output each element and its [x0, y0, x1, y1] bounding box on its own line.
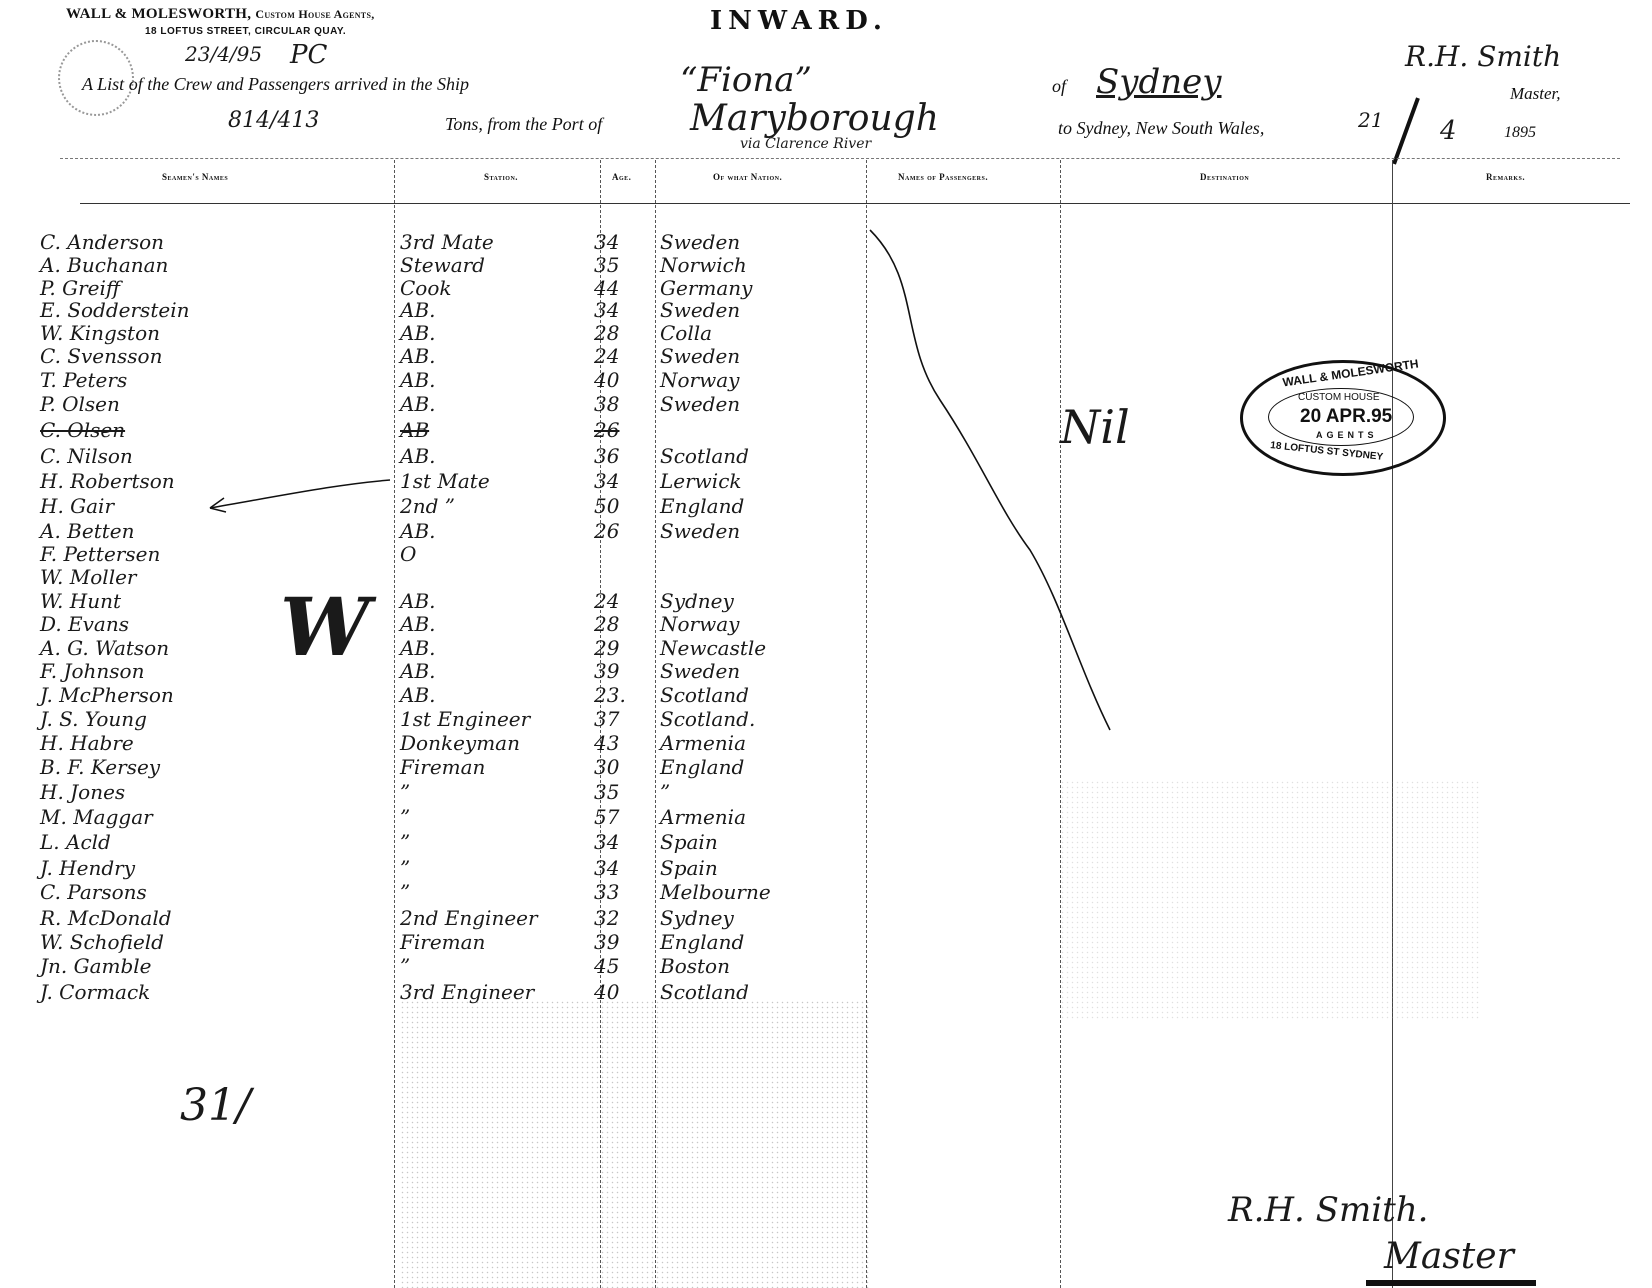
- crew-nation: Spain: [660, 856, 718, 880]
- crew-station: AB.: [400, 659, 436, 683]
- col-seamen-names: Seamen's Names: [162, 172, 228, 182]
- crew-nation: Spain: [660, 830, 718, 854]
- crew-nation: Sweden: [660, 519, 740, 543]
- agent-name-text: WALL & MOLESWORTH,: [66, 6, 251, 22]
- crew-name: F. Johnson: [40, 659, 144, 683]
- col-passengers: Names of Passengers.: [898, 172, 988, 182]
- crew-station: AB.: [400, 392, 436, 416]
- col-station: Station.: [484, 172, 518, 182]
- crew-row: A. BettenAB.26Sweden: [0, 519, 1652, 541]
- form-title: INWARD.: [710, 6, 888, 36]
- crew-station: AB.: [400, 298, 436, 322]
- agent-name: WALL & MOLESWORTH, Custom House Agents,: [66, 6, 375, 23]
- crew-row: W. HuntAB.24Sydney: [0, 589, 1652, 611]
- crew-name: F. Pettersen: [40, 542, 160, 566]
- ship-home-port: Sydney: [1096, 62, 1222, 102]
- crew-station: Fireman: [400, 755, 485, 779]
- crew-nation: Sydney: [660, 906, 734, 930]
- crew-station: AB.: [400, 636, 436, 660]
- crew-age: 30: [594, 755, 619, 779]
- handwritten-date: 23/4/95: [185, 42, 262, 66]
- master-signature: R.H. Smith.: [1228, 1190, 1428, 1230]
- crew-nation: Boston: [660, 954, 730, 978]
- crew-name: W. Schofield: [40, 930, 164, 954]
- crew-station: ”: [400, 780, 410, 804]
- crew-row: P. GreiffCook44Germany: [0, 276, 1652, 298]
- crew-age: 34: [594, 230, 619, 254]
- crew-age: 40: [594, 368, 619, 392]
- crew-row: J. S. Young1st Engineer37Scotland.: [0, 707, 1652, 729]
- crew-row: H. Jones”35”: [0, 780, 1652, 802]
- date-slash: [1392, 97, 1420, 164]
- crew-nation: Sweden: [660, 298, 740, 322]
- crew-age: 45: [594, 954, 619, 978]
- crew-age: 23.: [594, 683, 626, 707]
- crew-nation: England: [660, 494, 744, 518]
- crew-age: 50: [594, 494, 619, 518]
- crew-age: 26: [594, 519, 619, 543]
- arrow-icon: [200, 476, 400, 516]
- crew-name: J. Cormack: [40, 980, 150, 1004]
- crew-station: 1st Engineer: [400, 707, 530, 731]
- crew-station: AB.: [400, 368, 436, 392]
- crew-nation: Scotland.: [660, 707, 755, 731]
- crew-station: AB: [400, 418, 429, 442]
- arrival-year: 1895: [1504, 124, 1536, 142]
- crew-age: 24: [594, 589, 619, 613]
- master-label: Master,: [1510, 84, 1561, 104]
- signature-underline: [1366, 1280, 1536, 1286]
- stamp-inner-top: CUSTOM HOUSE: [1298, 392, 1380, 403]
- crew-nation: Scotland: [660, 444, 749, 468]
- crew-station: O: [400, 542, 416, 566]
- agent-address: 18 LOFTUS STREET, CIRCULAR QUAY.: [145, 26, 346, 37]
- margin-mark: 31/: [180, 1080, 251, 1131]
- crew-row: R. McDonald2nd Engineer32Sydney: [0, 906, 1652, 928]
- crew-name: C. Parsons: [40, 880, 147, 904]
- passenger-strike-line: [860, 220, 1120, 740]
- crew-name: H. Gair: [40, 494, 114, 518]
- crew-station: 3rd Engineer: [400, 980, 534, 1004]
- crew-name: B. F. Kersey: [40, 755, 160, 779]
- crew-age: 33: [594, 880, 619, 904]
- crew-name: T. Peters: [40, 368, 127, 392]
- crew-nation: Norwich: [660, 253, 747, 277]
- crew-nation: Germany: [660, 276, 752, 300]
- crew-name: A. Buchanan: [40, 253, 168, 277]
- crew-station: ”: [400, 856, 410, 880]
- crew-age: 36: [594, 444, 619, 468]
- tons-from-label: Tons, from the Port of: [445, 114, 602, 135]
- crew-nation: Armenia: [660, 731, 746, 755]
- crew-age: 37: [594, 707, 619, 731]
- crew-row: E. SoddersteinAB.34Sweden: [0, 298, 1652, 320]
- crew-age: 39: [594, 930, 619, 954]
- crew-station: Steward: [400, 253, 485, 277]
- crew-age: 28: [594, 321, 619, 345]
- crew-age: 28: [594, 612, 619, 636]
- crew-row: M. Maggar”57Armenia: [0, 805, 1652, 827]
- crew-name: J. McPherson: [40, 683, 174, 707]
- col-destination: Destination: [1200, 172, 1249, 182]
- crew-station: AB.: [400, 612, 436, 636]
- crew-nation: Sweden: [660, 392, 740, 416]
- crew-name: A. Betten: [40, 519, 134, 543]
- count-mark: W: [280, 580, 370, 674]
- crew-row: W. Moller: [0, 565, 1652, 587]
- crew-age: 34: [594, 856, 619, 880]
- crew-age: 43: [594, 731, 619, 755]
- crew-row: L. Acld”34Spain: [0, 830, 1652, 852]
- stamp-inner-bottom: AGENTS: [1316, 430, 1378, 440]
- crew-station: AB.: [400, 683, 436, 707]
- handwritten-initials: PC: [290, 40, 327, 70]
- crew-station: AB.: [400, 344, 436, 368]
- stamp-date: 20 APR.95: [1300, 406, 1392, 428]
- crew-station: AB.: [400, 519, 436, 543]
- crew-nation: ”: [660, 780, 670, 804]
- crew-row: J. Cormack3rd Engineer40Scotland: [0, 980, 1652, 1002]
- crew-station: Cook: [400, 276, 452, 300]
- crew-row: Jn. Gamble”45Boston: [0, 954, 1652, 976]
- crew-age: 34: [594, 830, 619, 854]
- crew-name: M. Maggar: [40, 805, 153, 829]
- crew-name: C. Olsen: [40, 418, 125, 442]
- crew-row: B. F. KerseyFireman30England: [0, 755, 1652, 777]
- crew-nation: Armenia: [660, 805, 746, 829]
- crew-row: C. Parsons”33Melbourne: [0, 880, 1652, 902]
- crew-station: AB.: [400, 589, 436, 613]
- crew-nation: Newcastle: [660, 636, 766, 660]
- arrival-month: 4: [1440, 116, 1457, 146]
- crew-age: 39: [594, 659, 619, 683]
- crew-row: A. BuchananSteward35Norwich: [0, 253, 1652, 275]
- crew-row: W. SchofieldFireman39England: [0, 930, 1652, 952]
- port-of-departure: Maryborough: [690, 98, 939, 139]
- crew-station: 3rd Mate: [400, 230, 494, 254]
- agent-role: Custom House Agents,: [255, 7, 374, 21]
- crew-age: 40: [594, 980, 619, 1004]
- crew-nation: Scotland: [660, 683, 749, 707]
- crew-row: A. G. WatsonAB.29Newcastle: [0, 636, 1652, 658]
- crew-station: Fireman: [400, 930, 485, 954]
- crew-age: 38: [594, 392, 619, 416]
- crew-age: 44: [594, 276, 619, 300]
- crew-age: 24: [594, 344, 619, 368]
- arrival-day: 21: [1358, 108, 1383, 132]
- crew-name: A. G. Watson: [40, 636, 169, 660]
- crew-name: H. Habre: [40, 731, 134, 755]
- crew-name: W. Kingston: [40, 321, 160, 345]
- crew-age: 32: [594, 906, 619, 930]
- crew-name: W. Hunt: [40, 589, 121, 613]
- crew-nation: Sweden: [660, 344, 740, 368]
- crew-age: 57: [594, 805, 619, 829]
- crew-name: R. McDonald: [40, 906, 172, 930]
- crew-nation: Sweden: [660, 659, 740, 683]
- crew-row: D. EvansAB.28Norway: [0, 612, 1652, 634]
- crew-station: 2nd Engineer: [400, 906, 538, 930]
- crew-station: ”: [400, 830, 410, 854]
- crew-name: D. Evans: [40, 612, 129, 636]
- crew-nation: Sydney: [660, 589, 734, 613]
- crew-age: 34: [594, 298, 619, 322]
- crew-nation: England: [660, 930, 744, 954]
- col-nation: Of what Nation.: [713, 172, 782, 182]
- crew-station: 1st Mate: [400, 469, 490, 493]
- crew-station: ”: [400, 880, 410, 904]
- crew-row: H. HabreDonkeyman43Armenia: [0, 731, 1652, 753]
- crew-nation: Colla: [660, 321, 712, 345]
- crew-name: H. Robertson: [40, 469, 175, 493]
- crew-age: 35: [594, 780, 619, 804]
- crew-name: W. Moller: [40, 565, 136, 589]
- crew-name: H. Jones: [40, 780, 125, 804]
- crew-nation: Melbourne: [660, 880, 771, 904]
- crew-age: 29: [594, 636, 619, 660]
- crew-row: W. KingstonAB.28Colla: [0, 321, 1652, 343]
- of-label: of: [1052, 76, 1066, 97]
- crew-name: L. Acld: [40, 830, 111, 854]
- crew-name: E. Sodderstein: [40, 298, 189, 322]
- port-note: via Clarence River: [740, 136, 871, 152]
- crew-name: C. Svensson: [40, 344, 162, 368]
- master-name: R.H. Smith: [1405, 40, 1561, 73]
- col-remarks: Remarks.: [1486, 172, 1525, 182]
- crew-nation: Sweden: [660, 230, 740, 254]
- crew-row: C. Anderson3rd Mate34Sweden: [0, 230, 1652, 252]
- crew-station: ”: [400, 805, 410, 829]
- crew-name: P. Greiff: [40, 276, 120, 300]
- crew-station: AB.: [400, 444, 436, 468]
- crew-name: C. Anderson: [40, 230, 164, 254]
- crew-station: AB.: [400, 321, 436, 345]
- crew-name: C. Nilson: [40, 444, 133, 468]
- crew-station: 2nd ”: [400, 494, 455, 518]
- crew-name: Jn. Gamble: [40, 954, 152, 978]
- ship-name: “Fiona”: [680, 60, 812, 100]
- crew-station: Donkeyman: [400, 731, 520, 755]
- tonnage: 814/413: [228, 108, 319, 133]
- crew-nation: Lerwick: [660, 469, 742, 493]
- crew-row: J. McPhersonAB.23.Scotland: [0, 683, 1652, 705]
- passengers-nil: Nil: [1060, 400, 1130, 454]
- crew-row: F. PettersenO: [0, 542, 1652, 564]
- crew-age: 34: [594, 469, 619, 493]
- master-signature-role: Master: [1384, 1236, 1514, 1277]
- crew-age: 35: [594, 253, 619, 277]
- crew-row: J. Hendry”34Spain: [0, 856, 1652, 878]
- crew-nation: England: [660, 755, 744, 779]
- crew-row: F. JohnsonAB.39Sweden: [0, 659, 1652, 681]
- crew-name: J. Hendry: [40, 856, 135, 880]
- crew-station: ”: [400, 954, 410, 978]
- crew-nation: Scotland: [660, 980, 749, 1004]
- crew-name: P. Olsen: [40, 392, 120, 416]
- crew-nation: Norway: [660, 368, 739, 392]
- to-sydney-label: to Sydney, New South Wales,: [1058, 118, 1264, 139]
- list-of-label: A List of the Crew and Passengers arrive…: [82, 74, 469, 95]
- crew-age: 26: [594, 418, 619, 442]
- col-age: Age.: [612, 172, 631, 182]
- crew-nation: Norway: [660, 612, 739, 636]
- crew-name: J. S. Young: [40, 707, 147, 731]
